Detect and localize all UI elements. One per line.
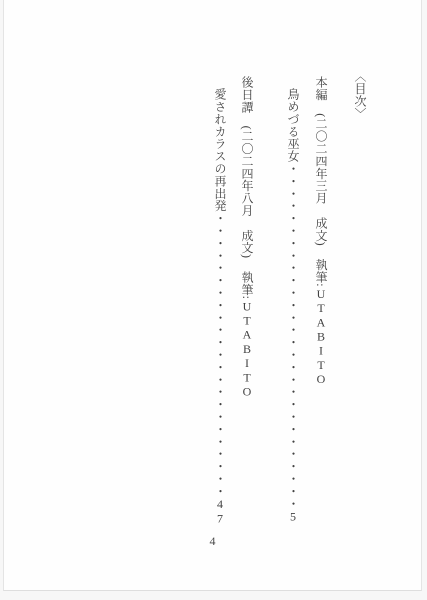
toc-title: 〈目次〉 bbox=[352, 70, 367, 560]
table-of-contents: 〈目次〉 本編 (二〇二四年三月 成文) 執筆:UTABITO 鳥めづる巫女・・… bbox=[4, 0, 421, 560]
section-heading-sequel: 後日譚 (二〇二四年八月 成文) 執筆:UTABITO bbox=[239, 70, 254, 560]
section-heading-main: 本編 (二〇二四年三月 成文) 執筆:UTABITO bbox=[313, 70, 328, 560]
toc-entry-sequel: 愛されカラスの再出発・・・・・・・・・・・・・・・・・・・・・・・47 bbox=[212, 70, 227, 560]
author-name: UTABITO bbox=[240, 299, 254, 398]
toc-entry-main: 鳥めづる巫女・・・・・・・・・・・・・・・・・・・・・・・・・・・・5 bbox=[285, 70, 300, 560]
section-heading-text: 本編 (二〇二四年三月 成文) 執筆: bbox=[314, 76, 328, 287]
entry-title: 愛されカラスの再出発 bbox=[213, 88, 227, 212]
entry-page-number: 5 bbox=[286, 510, 300, 524]
dot-leader: ・・・・・・・・・・・・・・・・・・・・・・・ bbox=[213, 212, 227, 497]
section-heading-text: 後日譚 (二〇二四年八月 成文) 執筆: bbox=[240, 76, 254, 299]
page-number: 4 bbox=[4, 534, 421, 549]
entry-page-number: 47 bbox=[213, 497, 227, 525]
document-page: 〈目次〉 本編 (二〇二四年三月 成文) 執筆:UTABITO 鳥めづる巫女・・… bbox=[3, 0, 422, 591]
entry-title: 鳥めづる巫女 bbox=[286, 88, 300, 162]
dot-leader: ・・・・・・・・・・・・・・・・・・・・・・・・・・・・ bbox=[286, 162, 300, 509]
author-name: UTABITO bbox=[314, 287, 328, 386]
